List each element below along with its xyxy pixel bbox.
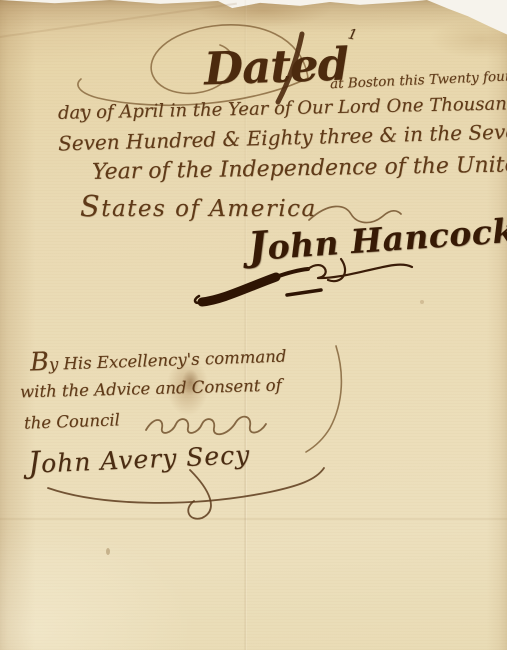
horizontal-fold-crease [0, 518, 507, 520]
opening-word: Dated [203, 41, 349, 91]
vertical-fold-crease [244, 0, 247, 650]
body-line-5: States of America [80, 192, 317, 221]
foxing-spot [420, 300, 424, 304]
foxing-spot [106, 548, 110, 555]
attestation-line-3: the Council [24, 412, 120, 432]
manuscript-scan: 1 Dated at Boston this Twenty fourth day… [0, 0, 507, 650]
